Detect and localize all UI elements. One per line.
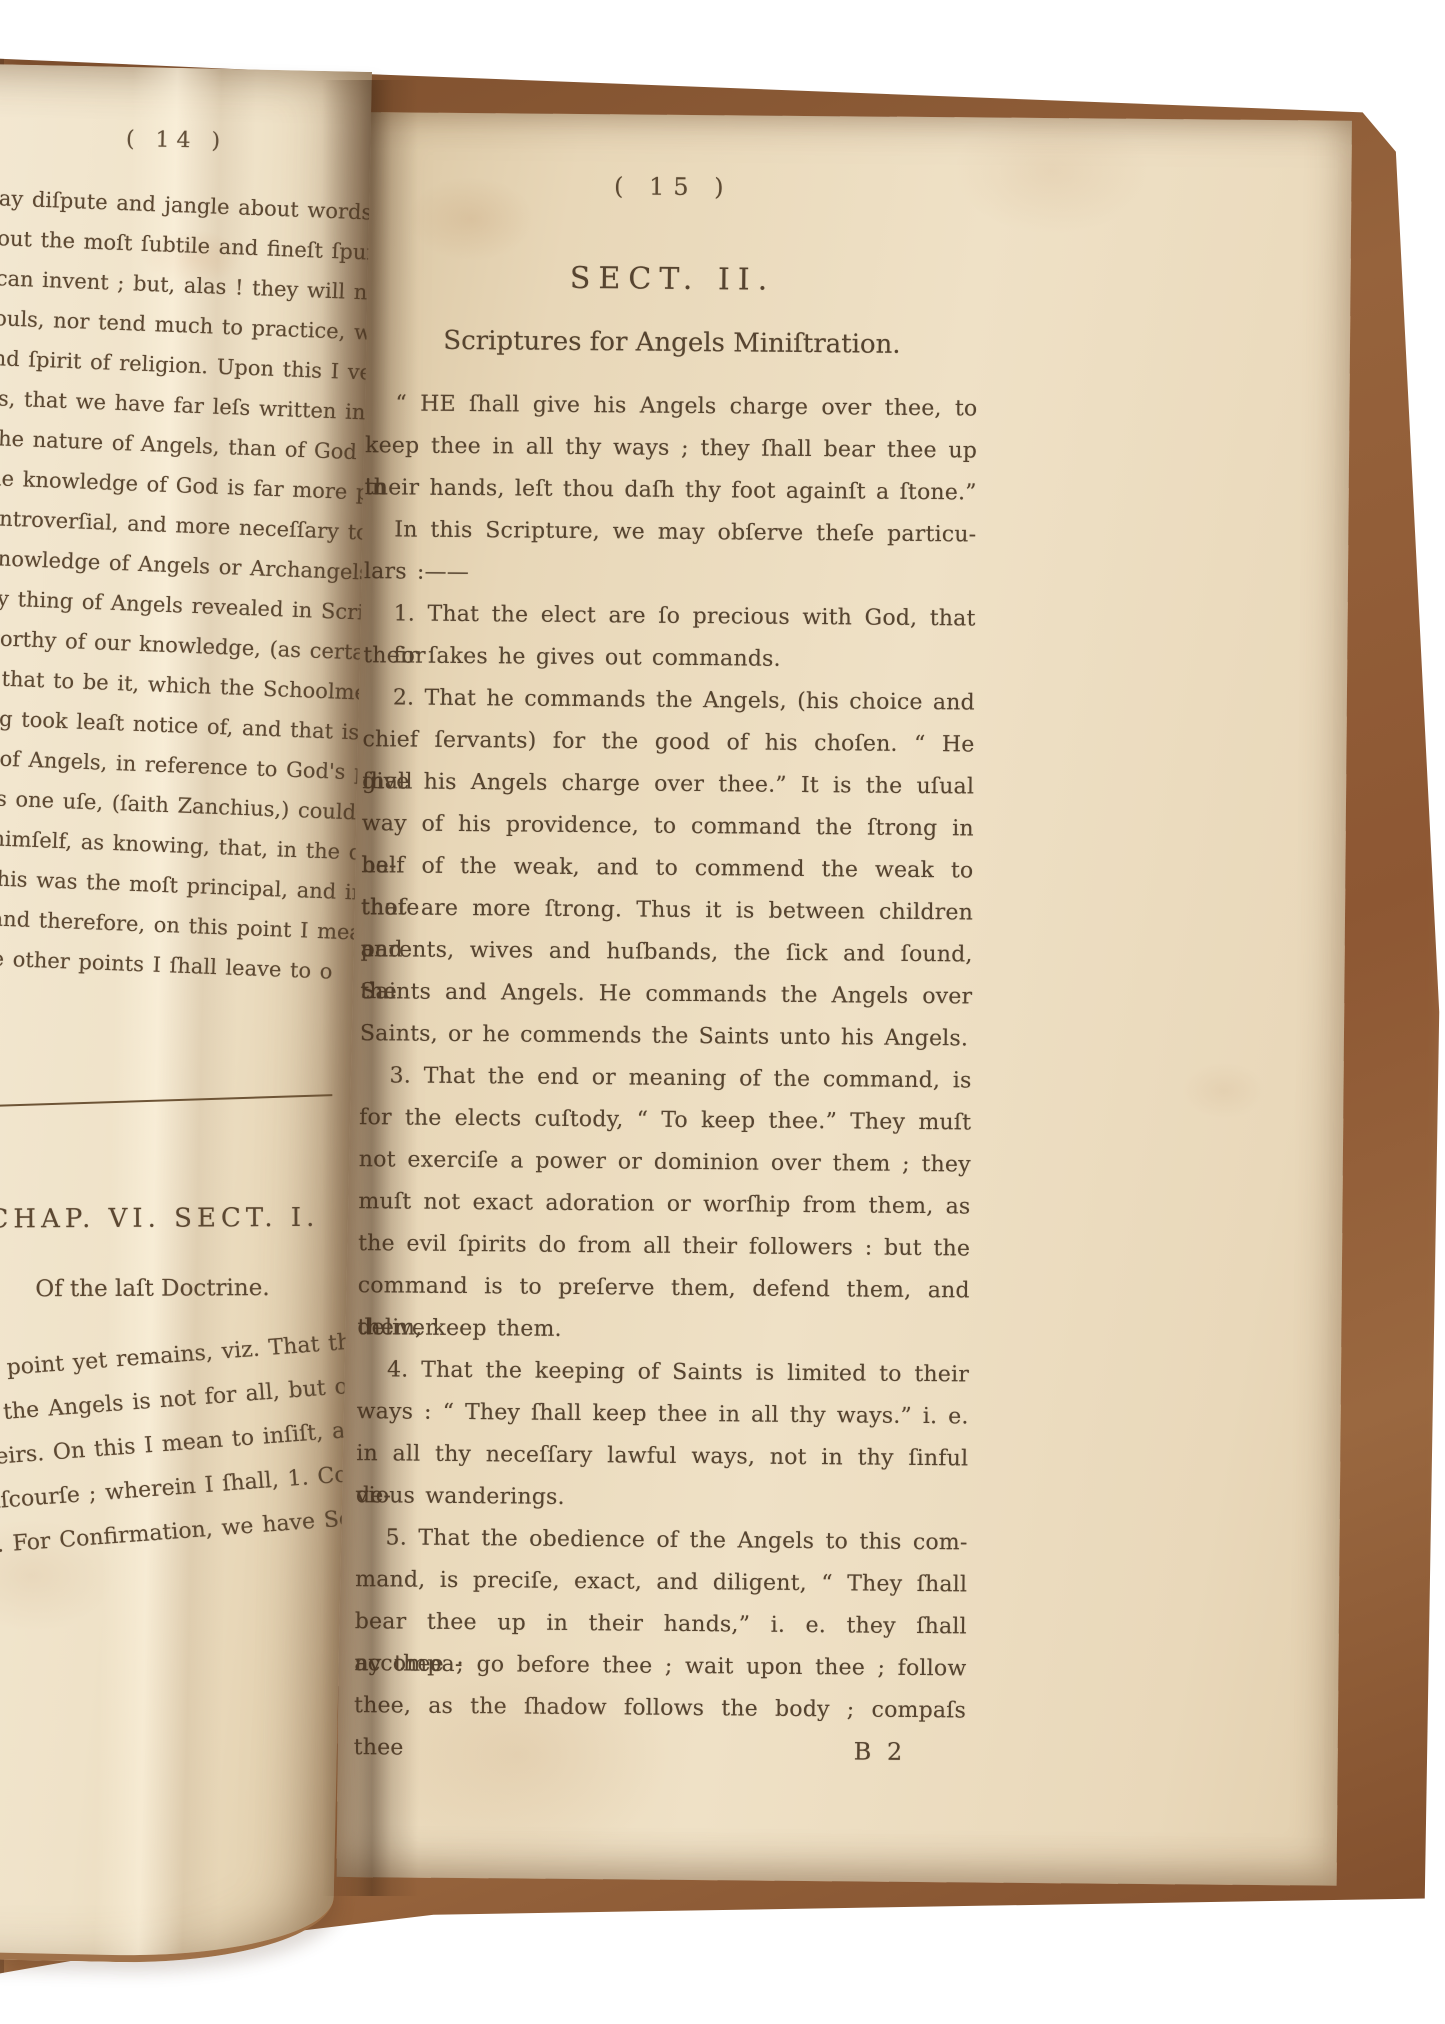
text-line: in all thy neceſſary lawful ways, not in… [356,1433,968,1480]
section-heading: SECT. II. [366,259,978,304]
text-line: their ſakes he gives out commands. [363,635,975,682]
text-line: 4. That the keeping of Saints is limited… [357,1349,969,1396]
right-page-text: ( 15 ) SECT. II. Scriptures for Angels M… [354,170,980,1766]
text-line: ways : “ They ſhall keep thee in all thy… [356,1391,968,1438]
chapter-subheading: Of the laſt Doctrine. [0,1275,329,1303]
text-line: that are more ſtrong. Thus it is between… [361,887,973,934]
text-line: not exerciſe a power or dominion over th… [359,1139,971,1186]
signature-mark: B 2 [854,1737,966,1766]
text-line: thee, as the ſhadow follows the body ; c… [354,1685,966,1732]
left-page-text: ( 14 ) ay diſpute and jangle about words… [0,124,353,1577]
text-line: 3. That the end or meaning of the comman… [359,1055,971,1102]
left-page-bottom-text: ief point yet remains, viz. That thisof … [0,1324,322,1570]
text-line: parents, wives and huſbands, the ſick an… [361,929,973,976]
text-line: ny thee ; go before thee ; wait upon the… [354,1643,966,1690]
text-line: them, keep them. [357,1307,969,1354]
chapter-heading: CHAP. VI. SECT. I. [0,1203,330,1235]
text-line: 2. That he commands the Angels, (his cho… [363,677,975,724]
page-right: ( 15 ) SECT. II. Scriptures for Angels M… [337,112,1352,1886]
text-line: give his Angels charge over thee.” It is… [362,761,974,808]
text-line: Saints, or he commends the Saints unto h… [360,1013,972,1060]
text-line: the evil ſpirits do from all their follo… [358,1223,970,1270]
text-line: vious wanderings. [356,1475,968,1522]
text-line: command is to preſerve them, defend them… [358,1265,970,1312]
text-line: muſt not exact adoration or worſhip from… [358,1181,970,1228]
text-line: half of the weak, and to commend the wea… [361,845,973,892]
page-number-right: ( 15 ) [367,170,979,209]
text-line: 5. That the obedience of the Angels to t… [355,1517,967,1564]
body-text-left: ay diſpute and jangle about words, or ſo… [0,178,351,991]
text-line: lars :—— [364,551,976,598]
text-line: way of his providence, to command the ſt… [362,803,974,850]
text-line: 1. That the elect are ſo precious with G… [363,593,975,640]
page-left: ( 14 ) ay diſpute and jangle about words… [0,63,372,1967]
text-line: keep thee in all thy ways ; they ſhall b… [365,425,977,472]
text-line: chief ſervants) for the good of his choſ… [362,719,974,766]
divider-rule [0,1094,332,1107]
text-line: bear thee up in their hands,” i. e. they… [355,1601,967,1648]
text-line: In this Scripture, we may obſerve theſe … [364,509,976,556]
body-text-right: “ HE ſhall give his Angels charge over t… [354,383,978,1732]
text-line: their hands, leſt thou daſh thy foot aga… [365,467,977,514]
text-line: for the elects cuſtody, “ To keep thee.”… [359,1097,971,1144]
book-photo: ( 15 ) SECT. II. Scriptures for Angels M… [0,0,1445,2024]
page-number-left: ( 14 ) [0,124,353,165]
section-subheading: Scriptures for Angels Miniſtration. [366,325,978,366]
text-line: mand, is preciſe, exact, and diligent, “… [355,1559,967,1606]
text-line: “ HE ſhall give his Angels charge over t… [365,383,977,430]
text-line: Saints and Angels. He commands the Angel… [360,971,972,1018]
